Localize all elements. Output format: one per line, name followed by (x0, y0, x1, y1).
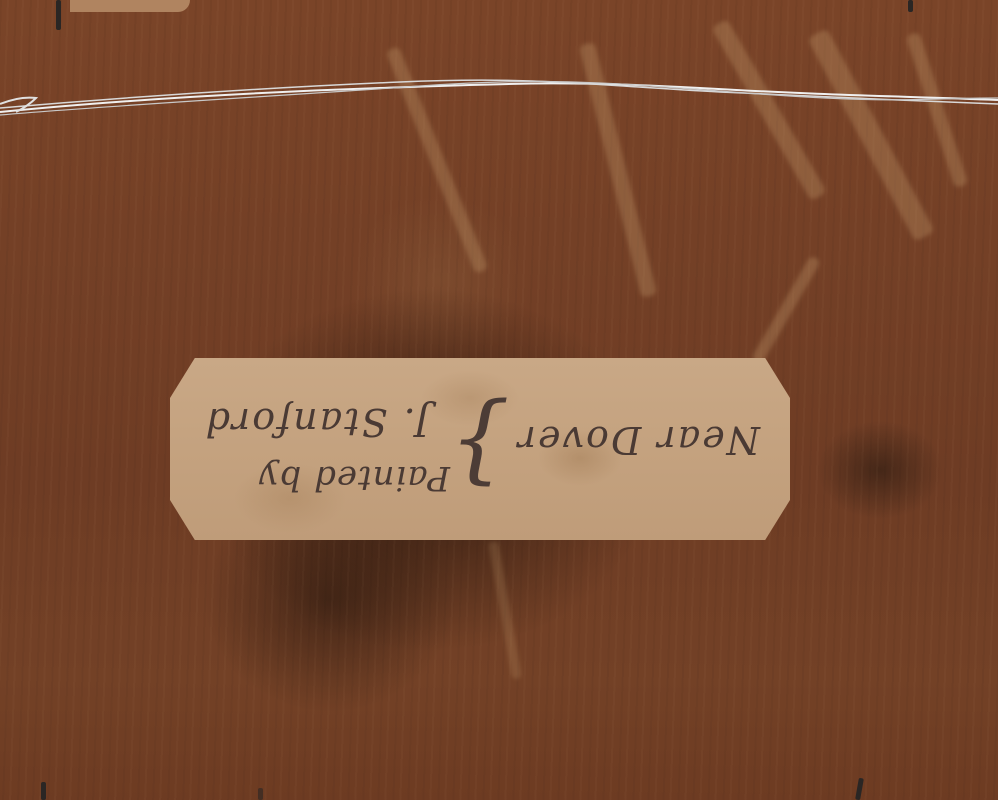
label-attribution-2: J. Stanford (204, 400, 430, 444)
paper-label: Near Dover } Painted by J. Stanford (170, 358, 790, 540)
painting-back-photo: Near Dover } Painted by J. Stanford (0, 0, 998, 800)
nail (258, 788, 263, 800)
handwritten-inscription: Near Dover } Painted by J. Stanford (170, 358, 790, 540)
nail (41, 782, 46, 800)
nail (56, 0, 61, 30)
label-brace: } (449, 390, 510, 502)
label-place: Near Dover (516, 418, 760, 462)
label-attribution-1: Painted by (258, 458, 450, 498)
nail (908, 0, 913, 12)
hanging-wire (0, 0, 998, 140)
